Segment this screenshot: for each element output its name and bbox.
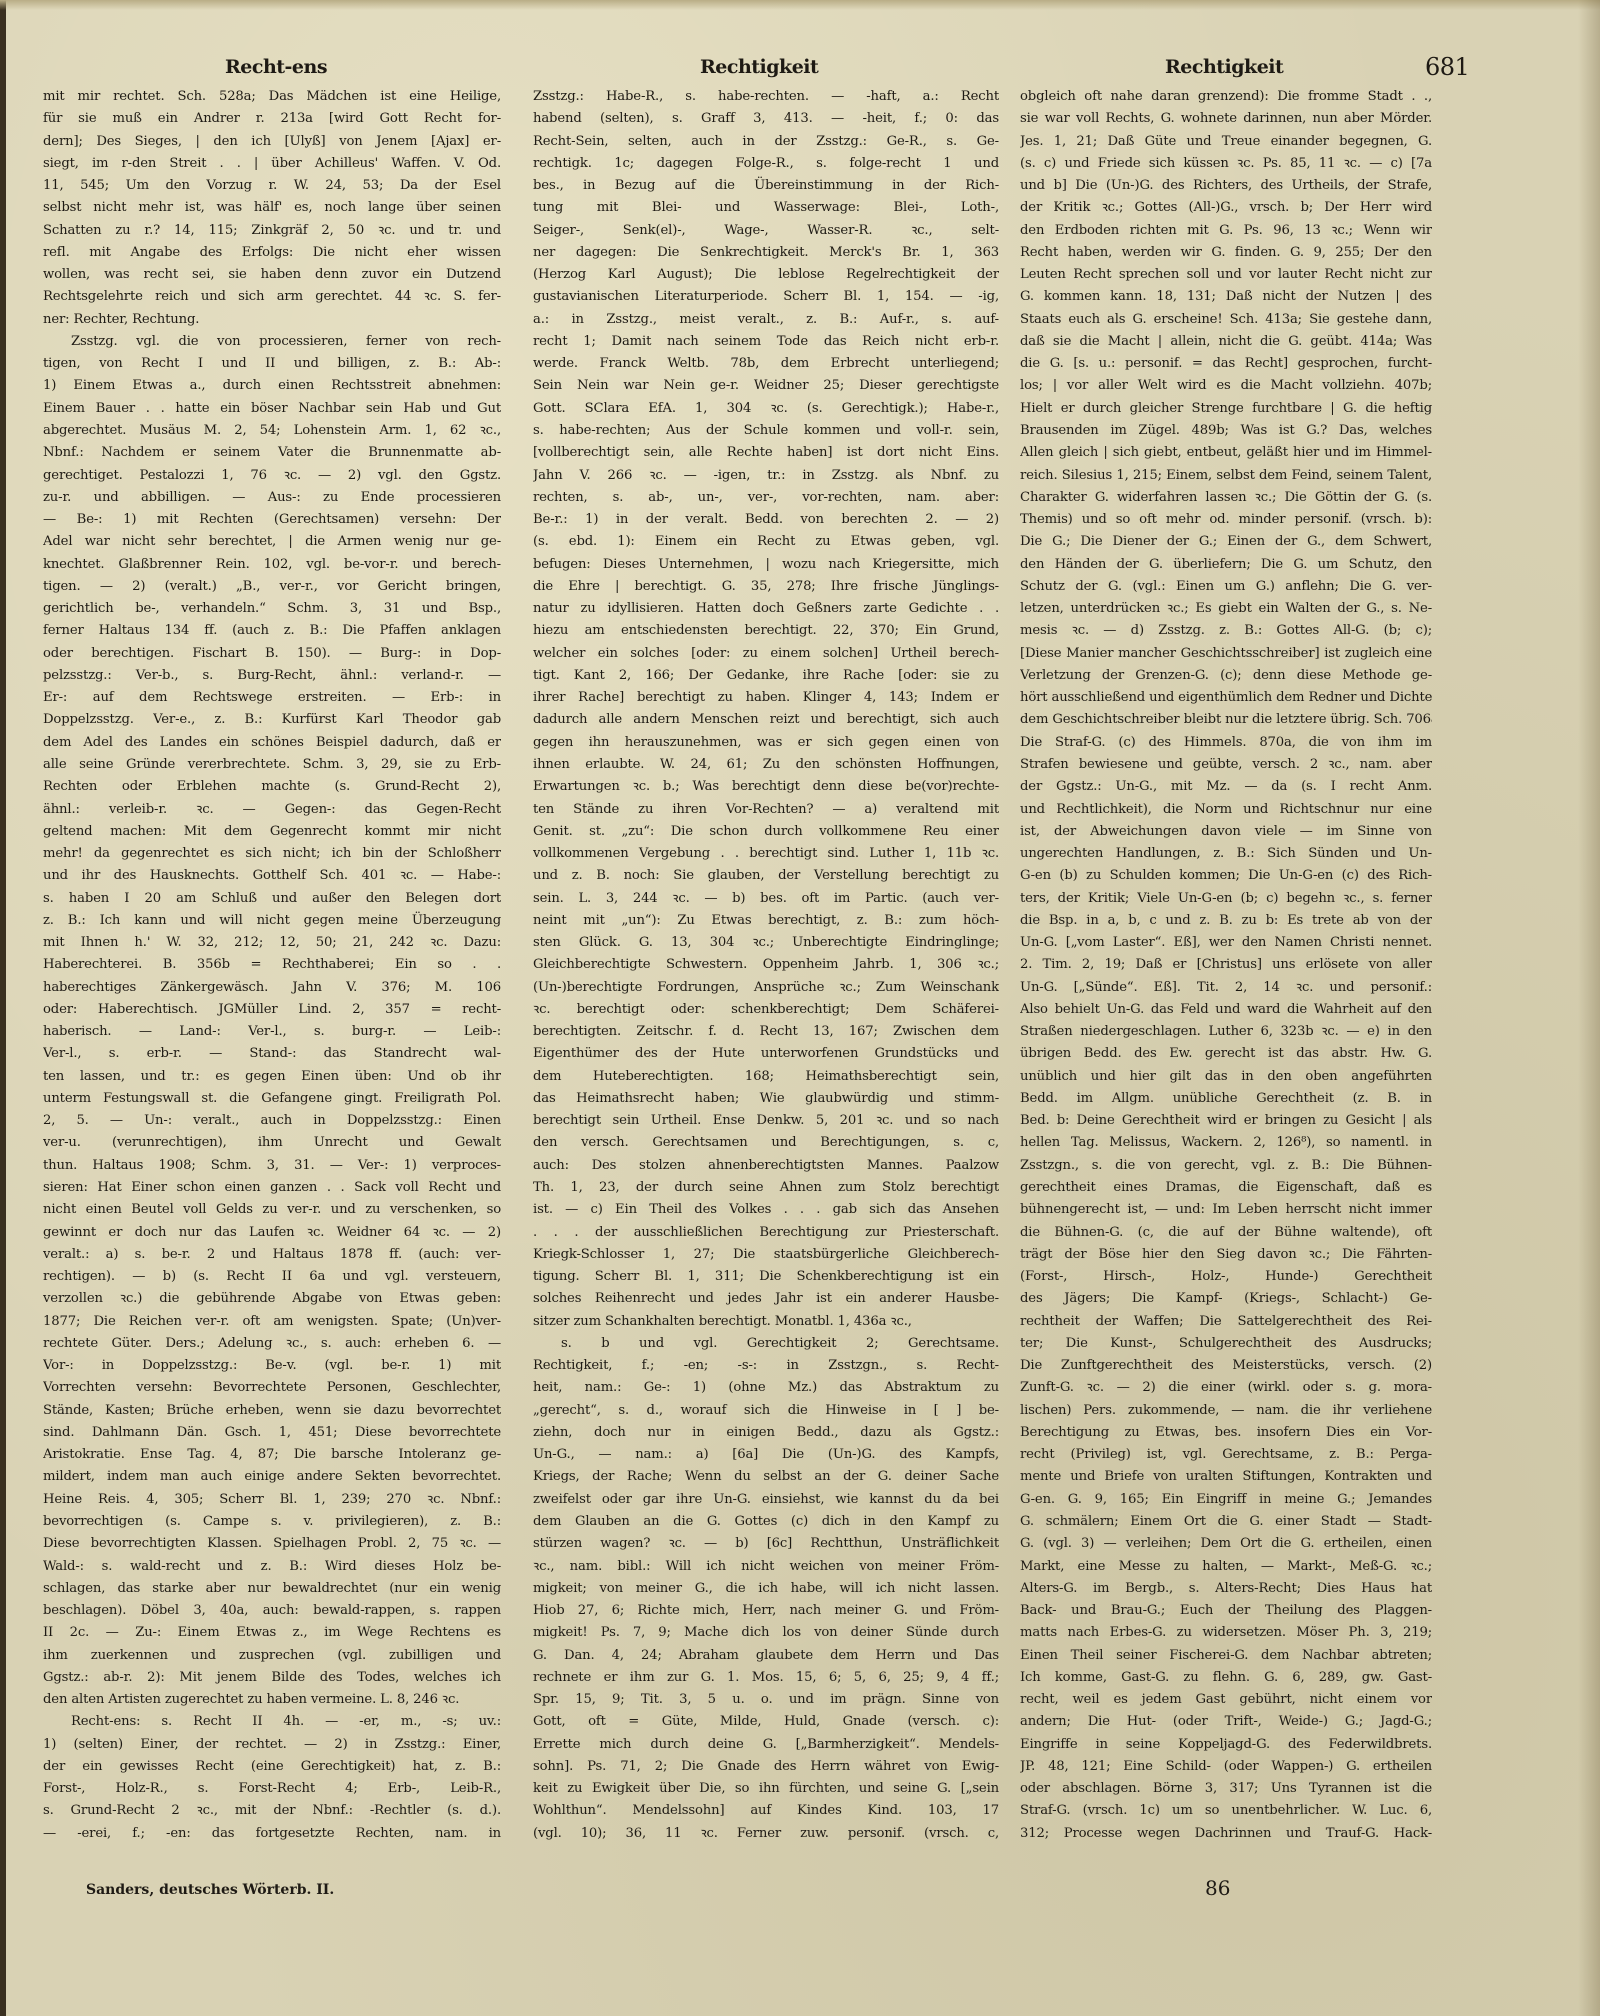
text-line: Recht-Sein, selten, auch in der Zsstzg.:… [533,131,999,153]
text-line: Stände, Kasten; Brüche erheben, wenn sie… [43,1400,501,1422]
text-line: migkeit! Ps. 7, 9; Mache dich los von de… [533,1622,999,1644]
text-line: Strafen bewiesene und geübte, versch. 2 … [1020,754,1432,776]
page-number: 681 [1425,53,1469,81]
text-line: Genit. st. „zu“: Die schon durch vollkom… [533,821,999,843]
text-line: G. (vgl. 3) — verleihen; Dem Ort die G. … [1020,1533,1432,1555]
text-line: oder abschlagen. Börne 3, 317; Uns Tyran… [1020,1778,1432,1800]
text-line: abgerechtet. Musäus M. 2, 54; Lohenstein… [43,420,501,442]
text-line: rechtheit der Waffen; Die Sattelgerechth… [1020,1311,1432,1333]
text-line: ter; Die Kunst-, Schulgerechtheit des Au… [1020,1333,1432,1355]
text-line: Jahn V. 266 ꝛc. — -igen, tr.: in Zsstzg.… [533,465,999,487]
text-line: (Herzog Karl August); Die leblose Regelr… [533,264,999,286]
text-line: obgleich oft nahe daran grenzend): Die f… [1020,86,1432,108]
text-line: dem Adel des Landes ein schönes Beispiel… [43,732,501,754]
text-line: unüblich und hier gilt das in den oben a… [1020,1066,1432,1088]
text-line: ters, der Kritik; Viele Un-G-en (b; c) b… [1020,888,1432,910]
text-line: tigen. — 2) (veralt.) „B., ver-r., vor G… [43,576,501,598]
text-line: oder berechtigen. Fischart B. 150). — Bu… [43,643,501,665]
signature-mark: 86 [1205,1876,1230,1900]
text-line: hellen Tag. Melissus, Wackern. 2, 126⁸),… [1020,1132,1432,1154]
text-line: natur zu idyllisieren. Hatten doch Geßne… [533,598,999,620]
text-line: gegen ihn herauszunehmen, was er sich ge… [533,732,999,754]
footer-source-line: Sanders, deutsches Wörterb. II. [86,1882,334,1898]
text-line: tigen, von Recht I und II und billigen, … [43,353,501,375]
text-line: neint mit „un“): Zu Etwas berechtigt, z.… [533,910,999,932]
text-line: — -erei, f.; -en: das fortgesetzte Recht… [43,1823,501,1845]
text-line: matts nach Erbes-G. zu widersetzen. Möse… [1020,1622,1432,1644]
text-line: mente und Briefe von uralten Stiftungen,… [1020,1466,1432,1488]
text-line: recht 1; Damit nach seinem Tode das Reic… [533,331,999,353]
text-line: hiezu am entschiedensten berechtigt. 22,… [533,620,999,642]
text-line: sieren: Hat Einer schon einen ganzen . .… [43,1177,501,1199]
text-line: JP. 48, 121; Eine Schild- (oder Wappen-)… [1020,1756,1432,1778]
text-line: (Forst-, Hirsch-, Holz-, Hunde-) Gerecht… [1020,1266,1432,1288]
text-line: Die Straf-G. (c) des Himmels. 870a, die … [1020,732,1432,754]
text-line: ꝛc. berechtigt oder: schenkberechtigt; D… [533,999,999,1021]
text-line: ner dagegen: Die Senkrechtigkeit. Merck'… [533,242,999,264]
text-line: vollkommenen Vergebung . . berechtigt si… [533,843,999,865]
text-line: und Rechtlichkeit), die Norm und Richtsc… [1020,799,1432,821]
text-line: (Un-)berechtigte Fordrungen, Ansprüche ꝛ… [533,977,999,999]
text-line: a.: in Zsstzg., meist veralt., z. B.: Au… [533,309,999,331]
text-line: die G. [s. u.: personif. = das Recht] ge… [1020,353,1432,375]
text-line: Zunft-G. ꝛc. — 2) die einer (wirkl. oder… [1020,1377,1432,1399]
text-line: ver-u. (verunrechtigen), ihm Unrecht und… [43,1132,501,1154]
text-line: Hielt er durch gleicher Strenge furchtba… [1020,398,1432,420]
text-line: s. Grund-Recht 2 ꝛc., mit der Nbnf.: -Re… [43,1800,501,1822]
text-line: und ihr des Hausknechts. Gotthelf Sch. 4… [43,865,501,887]
text-line: habend (selten), s. Graff 3, 413. — -hei… [533,108,999,130]
text-line: lischen) Pers. zukommende, — nam. die ih… [1020,1400,1432,1422]
text-line: der Ggstz.: Un-G., mit Mz. — da (s. I re… [1020,776,1432,798]
text-line: wollen, was recht sei, sie haben denn zu… [43,264,501,286]
text-line: migkeit; von meiner G., die ich habe, wi… [533,1578,999,1600]
text-line: Vorrechten versehn: Bevorrechtete Person… [43,1377,501,1399]
text-line: z. B.: Ich kann und will nicht gegen mei… [43,910,501,932]
text-line: Leuten Recht sprechen soll und vor laute… [1020,264,1432,286]
text-line: refl. mit Angabe des Erfolgs: Die nicht … [43,242,501,264]
header-left-catchword: Recht-ens [225,56,327,78]
text-line: reich. Silesius 1, 215; Einem, selbst de… [1020,465,1432,487]
text-line: Themis) und so oft mehr od. minder perso… [1020,509,1432,531]
text-line: sind. Dahlmann Dän. Gsch. 1, 451; Diese … [43,1422,501,1444]
text-line: tigung. Scherr Bl. 1, 311; Die Schenkber… [533,1266,999,1288]
text-line: berechtigt sein Urtheil. Ense Denkw. 5, … [533,1110,999,1132]
text-line: Alters-G. im Bergb., s. Alters-Recht; Di… [1020,1578,1432,1600]
text-line: Rechten oder Erblehen machte (s. Grund-R… [43,776,501,798]
text-line: bes., in Bezug auf die Übereinstimmung i… [533,175,999,197]
text-line: für sie muß ein Andrer r. 213a [wird Got… [43,108,501,130]
text-line: verzollen ꝛc.) die gebührende Abgabe von… [43,1288,501,1310]
text-line: Allen gleich | sich giebt, entbeut, gelä… [1020,442,1432,464]
text-line: mildert, indem man auch einige andere Se… [43,1466,501,1488]
text-line: letzen, unterdrücken ꝛc.; Es giebt ein W… [1020,598,1432,620]
text-line: G-en (b) zu Schulden kommen; Die Un-G-en… [1020,865,1432,887]
header-center-catchword: Rechtigkeit [700,56,818,78]
text-line: werde. Franck Weltb. 78b, dem Erbrecht u… [533,353,999,375]
text-line: dadurch alle andern Menschen reizt und b… [533,709,999,731]
text-line: ziehn, doch nur in einigen Bedd., dazu a… [533,1422,999,1444]
text-line: Schatten zu r.? 14, 115; Zinkgräf 2, 50 … [43,220,501,242]
text-line: berechtigten. Zeitschr. f. d. Recht 13, … [533,1021,999,1043]
text-line: Adel war nicht sehr berechtet, | die Arm… [43,531,501,553]
text-line: Bed. b: Deine Gerechtheit wird er bringe… [1020,1110,1432,1132]
text-line: 1) (selten) Einer, der rechtet. — 2) in … [43,1734,501,1756]
text-line: Heine Reis. 4, 305; Scherr Bl. 1, 239; 2… [43,1489,501,1511]
text-line: Eigenthümer des der Hute unterworfenen G… [533,1043,999,1065]
text-line: Un-G. [„vom Laster“. Eß], wer den Namen … [1020,932,1432,954]
text-line: Zsstzg.: Habe-R., s. habe-rechten. — -ha… [533,86,999,108]
text-line: oder: Haberechtisch. JGMüller Lind. 2, 3… [43,999,501,1021]
text-line: 1) Einem Etwas a., durch einen Rechtsstr… [43,375,501,397]
text-line: zu-r. und abbilligen. — Aus-: zu Ende pr… [43,487,501,509]
page-edge-right [1578,0,1600,2016]
text-line: tigt. Kant 2, 166; Der Gedanke, ihre Rac… [533,665,999,687]
text-line: . . . der ausschließlichen Berechtigung … [533,1222,999,1244]
text-line: bühnengerecht ist, — und: Im Leben herrs… [1020,1199,1432,1221]
text-line: recht (Privileg) ist, vgl. Gerechtsame, … [1020,1444,1432,1466]
text-line: Ggstz.: ab-r. 2): Mit jenem Bilde des To… [43,1667,501,1689]
text-line: dem Huteberechtigten. 168; Heimathsberec… [533,1066,999,1088]
text-line: Un-G., — nam.: a) [6a] Die (Un-)G. des K… [533,1444,999,1466]
text-line: der Kritik ꝛc.; Gottes (All-)G., vrsch. … [1020,197,1432,219]
text-line: alle seine Gründe vererbrechtete. Schm. … [43,754,501,776]
text-line: 312; Processe wegen Dachrinnen und Trauf… [1020,1823,1432,1845]
text-line: Die G.; Die Diener der G.; Einen der G.,… [1020,531,1432,553]
text-line: [vollberechtigt sein, alle Rechte haben]… [533,442,999,464]
text-line: haberechtiges Zänkergewäsch. Jahn V. 376… [43,977,501,999]
text-line: Back- und Brau-G.; Euch der Theilung des… [1020,1600,1432,1622]
text-line: (vgl. 10); 36, 11 ꝛc. Ferner zuw. person… [533,1823,999,1845]
text-line: ten Stände zu ihren Vor-Rechten? — a) ve… [533,799,999,821]
text-line: ist. — c) Ein Theil des Volkes . . . gab… [533,1199,999,1221]
text-line: Recht-ens: s. Recht II 4h. — -er, m., -s… [43,1711,501,1733]
text-line: Ver-l., s. erb-r. — Stand-: das Standrec… [43,1043,501,1065]
text-line: Ich komme, Gast-G. zu flehn. G. 6, 289, … [1020,1667,1432,1689]
text-line: Berechtigung zu Etwas, bes. insofern Die… [1020,1422,1432,1444]
text-line: Aristokratie. Ense Tag. 4, 87; Die barsc… [43,1444,501,1466]
text-line: haberisch. — Land-: Ver-l., s. burg-r. —… [43,1021,501,1043]
text-line: s. habe-rechten; Aus der Schule kommen u… [533,420,999,442]
text-line: Recht haben, werden wir G. finden. G. 9,… [1020,242,1432,264]
text-line: ꝛc., nam. bibl.: Will ich nicht weichen … [533,1556,999,1578]
text-line: Sein Nein war Nein ge-r. Weidner 25; Die… [533,375,999,397]
text-line: dem Glauben an die G. Gottes (c) dich in… [533,1511,999,1533]
text-column-middle: Zsstzg.: Habe-R., s. habe-rechten. — -ha… [533,86,999,1845]
text-line: Jes. 1, 21; Daß Güte und Treue einander … [1020,131,1432,153]
text-line: das Heimathsrecht haben; Wie glaubwürdig… [533,1088,999,1110]
text-line: sein. L. 3, 244 ꝛc. — b) bes. oft im Par… [533,888,999,910]
text-line: Haberechterei. B. 356b = Rechthaberei; E… [43,954,501,976]
text-line: G. schmälern; Einem Ort die G. einer Sta… [1020,1511,1432,1533]
text-line: rechtete Güter. Ders.; Adelung ꝛc., s. a… [43,1333,501,1355]
text-line: solches Reihenrecht und jedes Jahr ist e… [533,1288,999,1310]
text-line: ihrer Rache] berechtigt zu haben. Klinge… [533,687,999,709]
text-line: des Jägers; Die Kampf- (Kriegs-, Schlach… [1020,1288,1432,1310]
text-line: 11, 545; Um den Vorzug r. W. 24, 53; Da … [43,175,501,197]
text-line: Kriegk-Schlosser 1, 27; Die staatsbürger… [533,1244,999,1266]
text-line: ferner Haltaus 134 ff. (auch z. B.: Die … [43,620,501,642]
text-line: Charakter G. widerfahren lassen ꝛc.; Die… [1020,487,1432,509]
text-line: mit Ihnen h.' W. 32, 212; 12, 50; 21, 24… [43,932,501,954]
text-line: beschlagen). Döbel 3, 40a, auch: bewald-… [43,1600,501,1622]
text-line: (s. ebd. 1): Einem ein Recht zu Etwas ge… [533,531,999,553]
text-line: den Händen der G. überliefern; Die G. um… [1020,554,1432,576]
text-line: Kriegs, der Rache; Wenn du selbst an der… [533,1466,999,1488]
text-line: gerechtheit eines Dramas, die Eigenschaf… [1020,1177,1432,1199]
text-line: Einem Bauer . . hatte ein böser Nachbar … [43,398,501,420]
text-line: ten lassen, und tr.: es gegen Einen üben… [43,1066,501,1088]
text-line: Brausenden im Zügel. 489b; Was ist G.? D… [1020,420,1432,442]
text-line: selbst nicht mehr ist, was hälf' es, noc… [43,197,501,219]
text-line: G-en. G. 9, 165; Ein Eingriff in meine G… [1020,1489,1432,1511]
text-line: II 2c. — Zu-: Einem Etwas z., im Wege Re… [43,1622,501,1644]
text-line: rechtigk. 1c; dagegen Folge-R., s. folge… [533,153,999,175]
text-line: s. b und vgl. Gerechtigkeit 2; Gerechtsa… [533,1333,999,1355]
text-line: die Bsp. in a, b, c und z. B. zu b: Es t… [1020,910,1432,932]
header-right-catchword: Rechtigkeit [1165,56,1283,78]
text-line: nicht einen Beutel voll Gelds zu ver-r. … [43,1199,501,1221]
text-line: sitzer zum Schankhalten berechtigt. Mona… [533,1311,999,1333]
text-line: daß sie die Macht | allein, nicht die G.… [1020,331,1432,353]
text-line: sie war voll Rechts, G. wohnete darinnen… [1020,108,1432,130]
text-line: ner: Rechter, Rechtung. [43,309,501,331]
text-line: gerechtiget. Pestalozzi 1, 76 ꝛc. — 2) v… [43,465,501,487]
text-line: los; | vor aller Welt wird es die Macht … [1020,375,1432,397]
text-line: knechtet. Glaßbrenner Rein. 102, vgl. be… [43,554,501,576]
text-line: Gleichberechtigte Schwestern. Oppenheim … [533,954,999,976]
text-line: Gott. SClara EfA. 1, 304 ꝛc. (s. Gerecht… [533,398,999,420]
text-line: siegt, im r-den Streit . . | über Achill… [43,153,501,175]
text-line: dem Geschichtschreiber bleibt nur die le… [1020,709,1432,731]
text-line: ähnl.: verleib-r. ꝛc. — Gegen-: das Gege… [43,799,501,821]
text-line: ihnen erlaubte. W. 24, 61; Zu den schöns… [533,754,999,776]
text-line: mit mir rechtet. Sch. 528a; Das Mädchen … [43,86,501,108]
text-line: ist, der Abweichungen davon viele — im S… [1020,821,1432,843]
text-line: rechnete er ihm zur G. 1. Mos. 15, 6; 5,… [533,1667,999,1689]
text-line: Rechtsgelehrte reich und sich arm gerech… [43,286,501,308]
text-line: Zsstzg. vgl. die von processieren, ferne… [43,331,501,353]
text-line: 1877; Die Reichen ver-r. oft am wenigste… [43,1311,501,1333]
text-line: Straf-G. (vrsch. 1c) um so unentbehrlich… [1020,1800,1432,1822]
running-header: Recht-ens Rechtigkeit Rechtigkeit 681 [0,56,1600,86]
text-line: geltend machen: Mit dem Gegenrecht kommt… [43,821,501,843]
text-line: stürzen wagen? ꝛc. — b) [6c] Rechtthun, … [533,1533,999,1555]
text-line: Errette mich durch deine G. [„Barmherzig… [533,1734,999,1756]
text-column-right: obgleich oft nahe daran grenzend): Die f… [1020,86,1432,1845]
text-line: auch: Des stolzen ahnenberechtigtsten Ma… [533,1155,999,1177]
text-line: schlagen, das starke aber nur bewaldrech… [43,1578,501,1600]
text-line: s. haben I 20 am Schluß und außer den Be… [43,888,501,910]
text-line: Zsstzgn., s. die von gerecht, vgl. z. B.… [1020,1155,1432,1177]
text-line: Th. 1, 23, der durch seine Ahnen zum Sto… [533,1177,999,1199]
text-line: rechtigen). — b) (s. Recht II 6a und vgl… [43,1266,501,1288]
text-line: Vor-: in Doppelzsstzg.: Be-v. (vgl. be-r… [43,1355,501,1377]
text-line: „gerecht“, s. d., worauf sich die Hinwei… [533,1400,999,1422]
text-line: und z. B. noch: Sie glauben, der Verstel… [533,865,999,887]
text-line: Bedd. im Allgm. unübliche Gerechtheit (z… [1020,1088,1432,1110]
text-line: Erwartungen ꝛc. b.; Was berechtigt denn … [533,776,999,798]
text-line: Nbnf.: Nachdem er seinem Vater die Brunn… [43,442,501,464]
text-line: befugen: Dieses Unternehmen, | wozu nach… [533,554,999,576]
text-line: die Ehre | berechtigt. G. 35, 278; Ihre … [533,576,999,598]
text-line: Gott, oft = Güte, Milde, Huld, Gnade (ve… [533,1711,999,1733]
text-line: tung mit Blei- und Wasserwage: Blei-, Lo… [533,197,999,219]
text-line: dern]; Des Sieges, | den ich [Ulyß] von … [43,131,501,153]
text-line: der ein gewisses Recht (eine Gerechtigke… [43,1756,501,1778]
text-line: G. Dan. 4, 24; Abraham glaubete dem Herr… [533,1645,999,1667]
text-line: thun. Haltaus 1908; Schm. 3, 31. — Ver-:… [43,1155,501,1177]
text-line: 2. Tim. 2, 19; Daß er [Christus] uns erl… [1020,954,1432,976]
text-line: hört ausschließend und eigenthümlich dem… [1020,687,1432,709]
text-line: gerichtlich be-, verhandeln.“ Schm. 3, 3… [43,598,501,620]
page-edge-top [0,0,1600,10]
text-line: Forst-, Holz-R., s. Forst-Recht 4; Erb-,… [43,1778,501,1800]
text-line: 2, 5. — Un-: veralt., auch in Doppelzsst… [43,1110,501,1132]
text-line: heit, nam.: Ge-: 1) (ohne Mz.) das Abstr… [533,1377,999,1399]
text-line: bevorrechtigen (s. Campe s. v. privilegi… [43,1511,501,1533]
text-line: andern; Die Hut- (oder Trift-, Weide-) G… [1020,1711,1432,1733]
text-line: Seiger-, Senk(el)-, Wage-, Wasser-R. ꝛc.… [533,220,999,242]
text-line: die Bühnen-G. (c, die auf der Bühne walt… [1020,1222,1432,1244]
text-line: den versch. Gerechtsamen und Berechtigun… [533,1132,999,1154]
text-line: welcher ein solches [oder: zu einem solc… [533,643,999,665]
text-line: Eingriffe in seine Koppeljagd-G. des Fed… [1020,1734,1432,1756]
text-line: und b] Die (Un-)G. des Richters, des Urt… [1020,175,1432,197]
text-line: (s. c) und Friede sich küssen ꝛc. Ps. 85… [1020,153,1432,175]
text-line: Diese bevorrechtigten Klassen. Spielhage… [43,1533,501,1555]
text-line: trägt der Böse hier den Sieg davon ꝛc.; … [1020,1244,1432,1266]
text-line: gewinnt er doch nur das Laufen ꝛc. Weidn… [43,1222,501,1244]
text-line: unterm Festungswall st. die Gefangene gi… [43,1088,501,1110]
text-line: Hiob 27, 6; Richte mich, Herr, nach mein… [533,1600,999,1622]
text-line: sten Glück. G. 13, 304 ꝛc.; Unberechtigt… [533,932,999,954]
text-line: G. kommen kann. 18, 131; Daß nicht der N… [1020,286,1432,308]
text-line: Rechtigkeit, f.; -en; -s-: in Zsstzgn., … [533,1355,999,1377]
text-line: mehr! da gegenrechtet es sich nicht; ich… [43,843,501,865]
text-line: — Be-: 1) mit Rechten (Gerechtsamen) ver… [43,509,501,531]
text-line: Die Zunftgerechtheit des Meisterstücks, … [1020,1355,1432,1377]
text-line: sohn]. Ps. 71, 2; Die Gnade des Herrn wä… [533,1756,999,1778]
text-line: recht, weil es jedem Gast gebührt, nicht… [1020,1689,1432,1711]
text-line: Spr. 15, 9; Tit. 3, 5 u. o. und im prägn… [533,1689,999,1711]
text-line: übrigen Bedd. des Ew. gerecht ist das ab… [1020,1043,1432,1065]
text-line: mesis ꝛc. — d) Zsstzg. z. B.: Gottes All… [1020,620,1432,642]
text-line: den Erdboden richten mit G. Ps. 96, 13 ꝛ… [1020,220,1432,242]
text-line: [Diese Manier mancher Geschichtsschreibe… [1020,643,1432,665]
text-line: keit zu Ewigkeit über Die, so ihn fürcht… [533,1778,999,1800]
text-line: Be-r.: 1) in der veralt. Bedd. von berec… [533,509,999,531]
text-line: ungerechten Handlungen, z. B.: Sich Sünd… [1020,843,1432,865]
text-line: Also behielt Un-G. das Feld und ward die… [1020,999,1432,1021]
text-line: ihm zuerkennen und zusprechen (vgl. zubi… [43,1645,501,1667]
text-line: Straßen niedergeschlagen. Luther 6, 323b… [1020,1021,1432,1043]
text-line: Doppelzsstzg. Ver-e., z. B.: Kurfürst Ka… [43,709,501,731]
text-line: gustavianischen Literaturperiode. Scherr… [533,286,999,308]
text-line: Er-: auf dem Rechtswege erstreiten. — Er… [43,687,501,709]
text-line: Staats euch als G. erscheine! Sch. 413a;… [1020,309,1432,331]
text-line: Markt, eine Messe zu halten, — Markt-, M… [1020,1556,1432,1578]
text-line: Wohlthun“. Mendelssohn] auf Kindes Kind.… [533,1800,999,1822]
text-line: Un-G. [„Sünde“. Eß]. Tit. 2, 14 ꝛc. und … [1020,977,1432,999]
text-line: Einen Theil seiner Fischerei-G. dem Nach… [1020,1645,1432,1667]
text-line: zweifelst oder gar ihre Un-G. einsiehst,… [533,1489,999,1511]
text-line: rechten, s. ab-, un-, ver-, vor-rechten,… [533,487,999,509]
text-line: Schutz der G. (vgl.: Einen um G.) anfleh… [1020,576,1432,598]
text-line: Wald-: s. wald-recht und z. B.: Wird die… [43,1556,501,1578]
page-edge-left [0,0,6,2016]
text-line: Verletzung der Grenzen-G. (c); denn dies… [1020,665,1432,687]
text-line: veralt.: a) s. be-r. 2 und Haltaus 1878 … [43,1244,501,1266]
text-line: den alten Artisten zugerechtet zu haben … [43,1689,501,1711]
text-column-left: mit mir rechtet. Sch. 528a; Das Mädchen … [43,86,501,1845]
text-line: pelzsstzg.: Ver-b., s. Burg-Recht, ähnl.… [43,665,501,687]
